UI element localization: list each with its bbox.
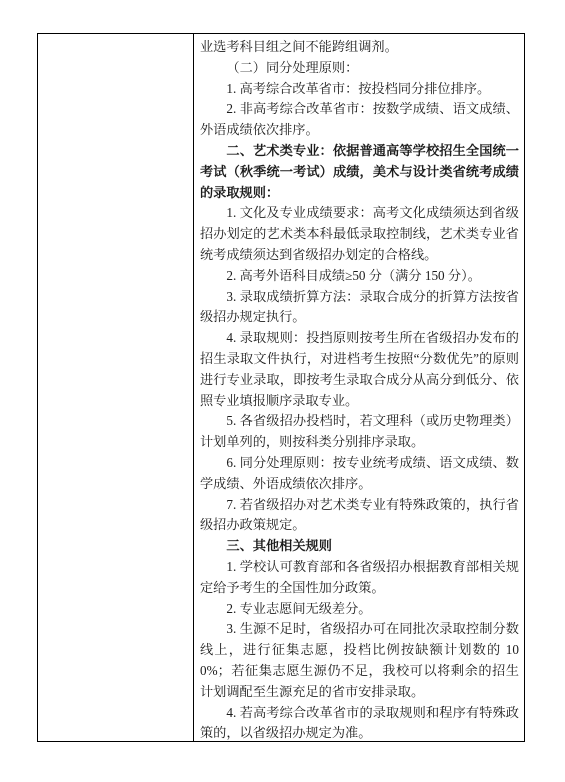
paragraph: 7. 若省级招办对艺术类专业有特殊政策的，执行省级招办政策规定。 xyxy=(200,495,519,537)
paragraph: 4. 录取规则：投挡原则按考生所在省级招办发布的招生录取文件执行，对进档考生按照… xyxy=(200,328,519,411)
paragraph: 1. 学校认可教育部和各省级招办根据教育部相关规定给予考生的全国性加分政策。 xyxy=(200,557,519,599)
table-right-cell: 业选考科目组之间不能跨组调剂。（二）同分处理原则：1. 高考综合改革省市：按投档… xyxy=(194,34,524,741)
admission-rules-table: 业选考科目组之间不能跨组调剂。（二）同分处理原则：1. 高考综合改革省市：按投档… xyxy=(37,33,525,742)
paragraph: 二、艺术类专业：依据普通高等学校招生全国统一考试（秋季统一考试）成绩，美术与设计… xyxy=(200,141,519,203)
paragraph: 2. 高考外语科目成绩≥50 分（满分 150 分）。 xyxy=(200,266,519,287)
paragraph: 5. 各省级招办投档时，若文理科（或历史物理类）计划单列的，则按科类分别排序录取… xyxy=(200,411,519,453)
paragraph: 3. 录取成绩折算方法：录取合成分的折算方法按省级招办规定执行。 xyxy=(200,287,519,329)
paragraph: （二）同分处理原则： xyxy=(200,58,519,79)
paragraph: 三、其他相关规则 xyxy=(200,536,519,557)
paragraph: 1. 高考综合改革省市：按投档同分排位排序。 xyxy=(200,79,519,100)
paragraph: 3. 生源不足时，省级招办可在同批次录取控制分数线上，进行征集志愿，投档比例按缺… xyxy=(200,619,519,702)
paragraph: 2. 专业志愿间无级差分。 xyxy=(200,599,519,620)
paragraph: 4. 若高考综合改革省市的录取规则和程序有特殊政策的，以省级招办规定为准。 xyxy=(200,703,519,742)
paragraph: 6. 同分处理原则：按专业统考成绩、语文成绩、数学成绩、外语成绩依次排序。 xyxy=(200,453,519,495)
table-left-cell xyxy=(38,34,194,741)
document-page: 业选考科目组之间不能跨组调剂。（二）同分处理原则：1. 高考综合改革省市：按投档… xyxy=(0,0,565,782)
paragraph: 1. 文化及专业成绩要求：高考文化成绩须达到省级招办划定的艺术类本科最低录取控制… xyxy=(200,203,519,265)
paragraph: 业选考科目组之间不能跨组调剂。 xyxy=(200,37,519,58)
paragraph: 2. 非高考综合改革省市：按数学成绩、语文成绩、外语成绩依次排序。 xyxy=(200,99,519,141)
